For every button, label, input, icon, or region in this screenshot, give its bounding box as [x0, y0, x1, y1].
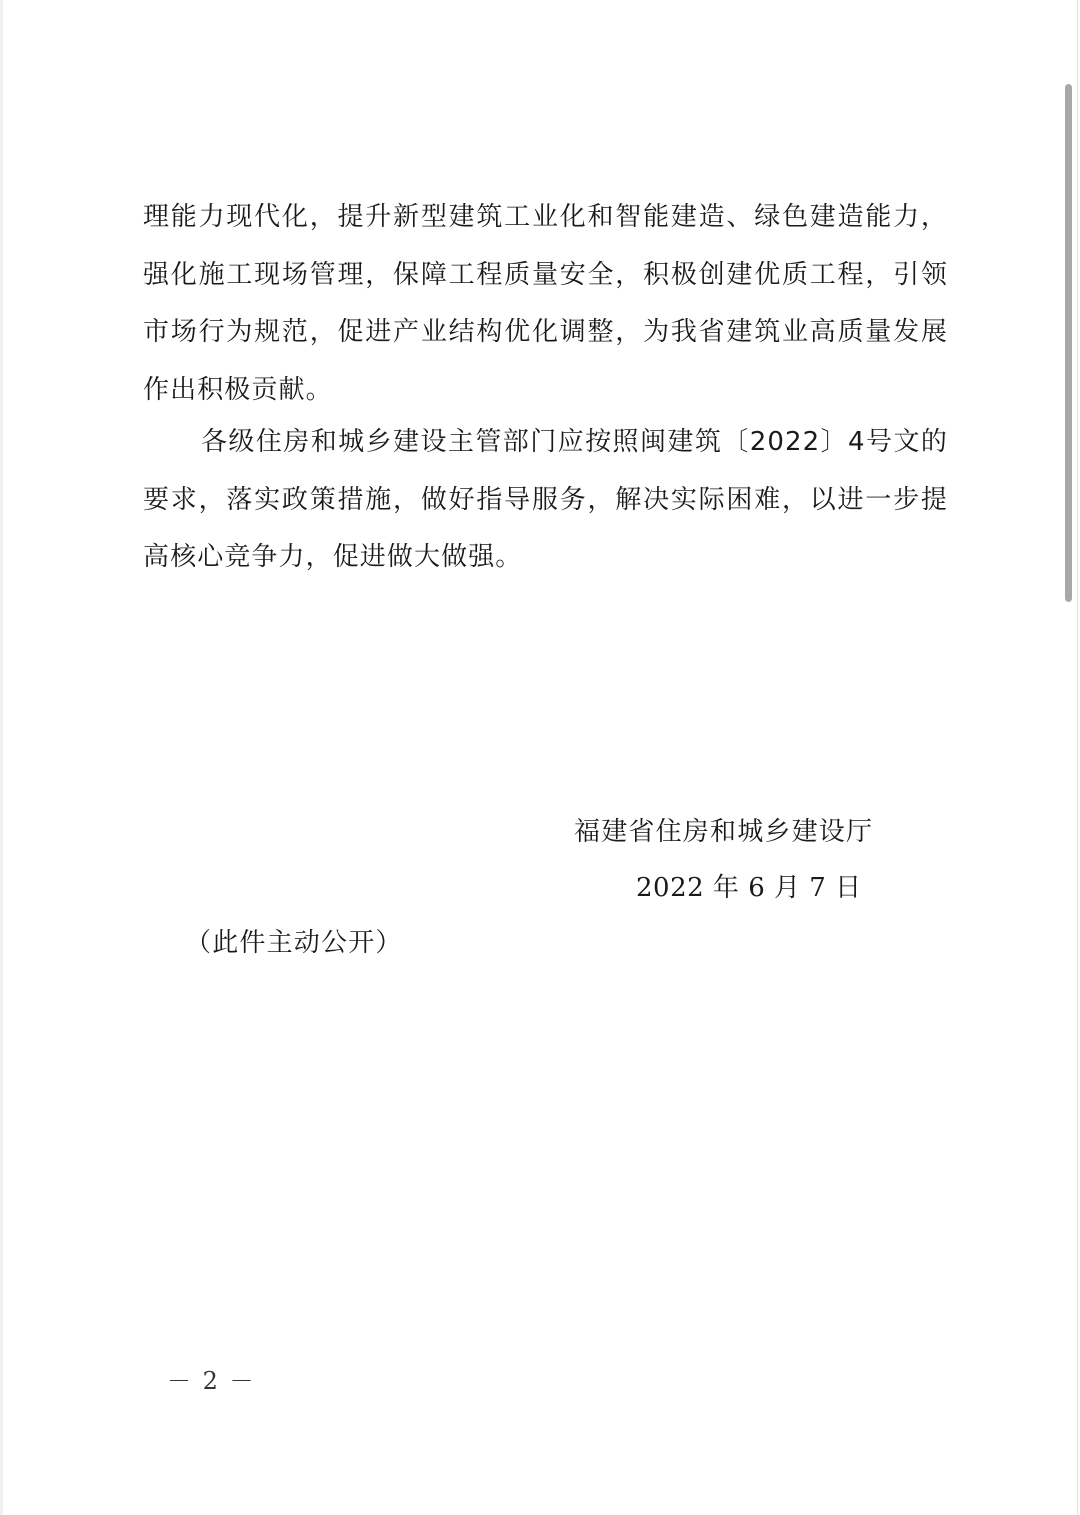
signing-date: 2022 年 6 月 7 日: [636, 867, 862, 904]
scrollbar-thumb[interactable]: [1065, 84, 1072, 602]
signing-organization: 福建省住房和城乡建设厅: [574, 811, 873, 848]
disclosure-note: （此件主动公开）: [185, 922, 403, 959]
body-paragraph-2: 各级住房和城乡建设主管部门应按照闽建筑〔2022〕4号文的要求，落实政策措施，做…: [143, 414, 948, 587]
vertical-scrollbar[interactable]: [1060, 0, 1078, 1515]
body-paragraph-1: 理能力现代化，提升新型建筑工业化和智能建造、绿色建造能力，强化施工现场管理，保障…: [143, 189, 948, 419]
page-edge-left: [0, 0, 3, 1515]
page-number: － 2 －: [167, 1361, 256, 1396]
